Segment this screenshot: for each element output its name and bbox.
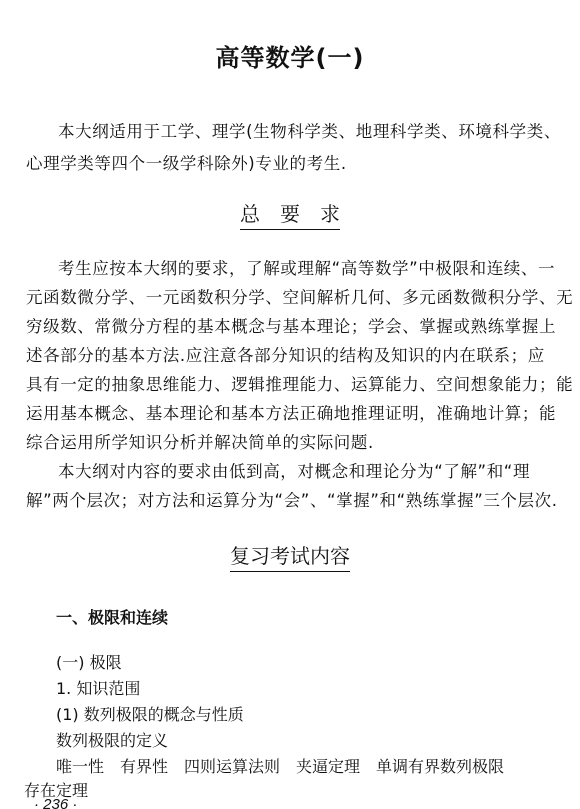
document-title: 高等数学(一) [0, 38, 580, 73]
general-para2-line-2: 解”两个层次；对方法和运算分为“会”、“掌握”和“熟练掌握”三个层次. [26, 487, 558, 511]
page-number: · 236 · [34, 796, 77, 809]
general-para1-line-6: 运用基本概念、基本理论和基本方法正确地推理证明，准确地计算；能 [26, 400, 556, 424]
general-para1-line-5: 具有一定的抽象思维能力、逻辑推理能力、运算能力、空间想象能力；能 [26, 371, 573, 395]
general-para1-line-3: 穷级数、常微分方程的基本概念与基本理论；学会、掌握或熟练掌握上 [26, 313, 556, 337]
topic-heading: (1) 数列极限的概念与性质 [56, 702, 244, 725]
general-para1-line-2: 元函数微分学、一元函数积分学、空间解析几何、多元函数微积分学、无 [26, 284, 573, 308]
subsection-heading: (一) 极限 [56, 650, 122, 673]
intro-line-2: 心理学类等四个一级学科除外)专业的考生. [26, 150, 347, 174]
general-para1-line-7: 综合运用所学知识分析并解决简单的实际问题. [26, 429, 374, 453]
section-heading-review: 复习考试内容 [0, 540, 580, 572]
chapter-heading: 一、极限和连续 [56, 605, 168, 628]
section-heading-general: 总 要 求 [0, 198, 580, 230]
section-heading-review-text: 复习考试内容 [230, 540, 350, 572]
general-para1-line-1: 考生应按本大纲的要求，了解或理解“高等数学”中极限和连续、一 [58, 255, 555, 279]
general-para1-line-4: 述各部分的基本方法.应注意各部分知识的结构及知识的内在联系；应 [26, 342, 545, 366]
knowledge-scope-heading: 1. 知识范围 [56, 676, 140, 699]
general-para2-line-1: 本大纲对内容的要求由低到高，对概念和理论分为“了解”和“理 [58, 458, 530, 482]
item-definition: 数列极限的定义 [56, 728, 168, 751]
intro-line-1: 本大纲适用于工学、理学(生物科学类、地理科学类、环境科学类、 [58, 118, 561, 142]
section-heading-general-text: 总 要 求 [240, 198, 340, 230]
items-line-1: 唯一性 有界性 四则运算法则 夹逼定理 单调有界数列极限 [56, 754, 504, 777]
